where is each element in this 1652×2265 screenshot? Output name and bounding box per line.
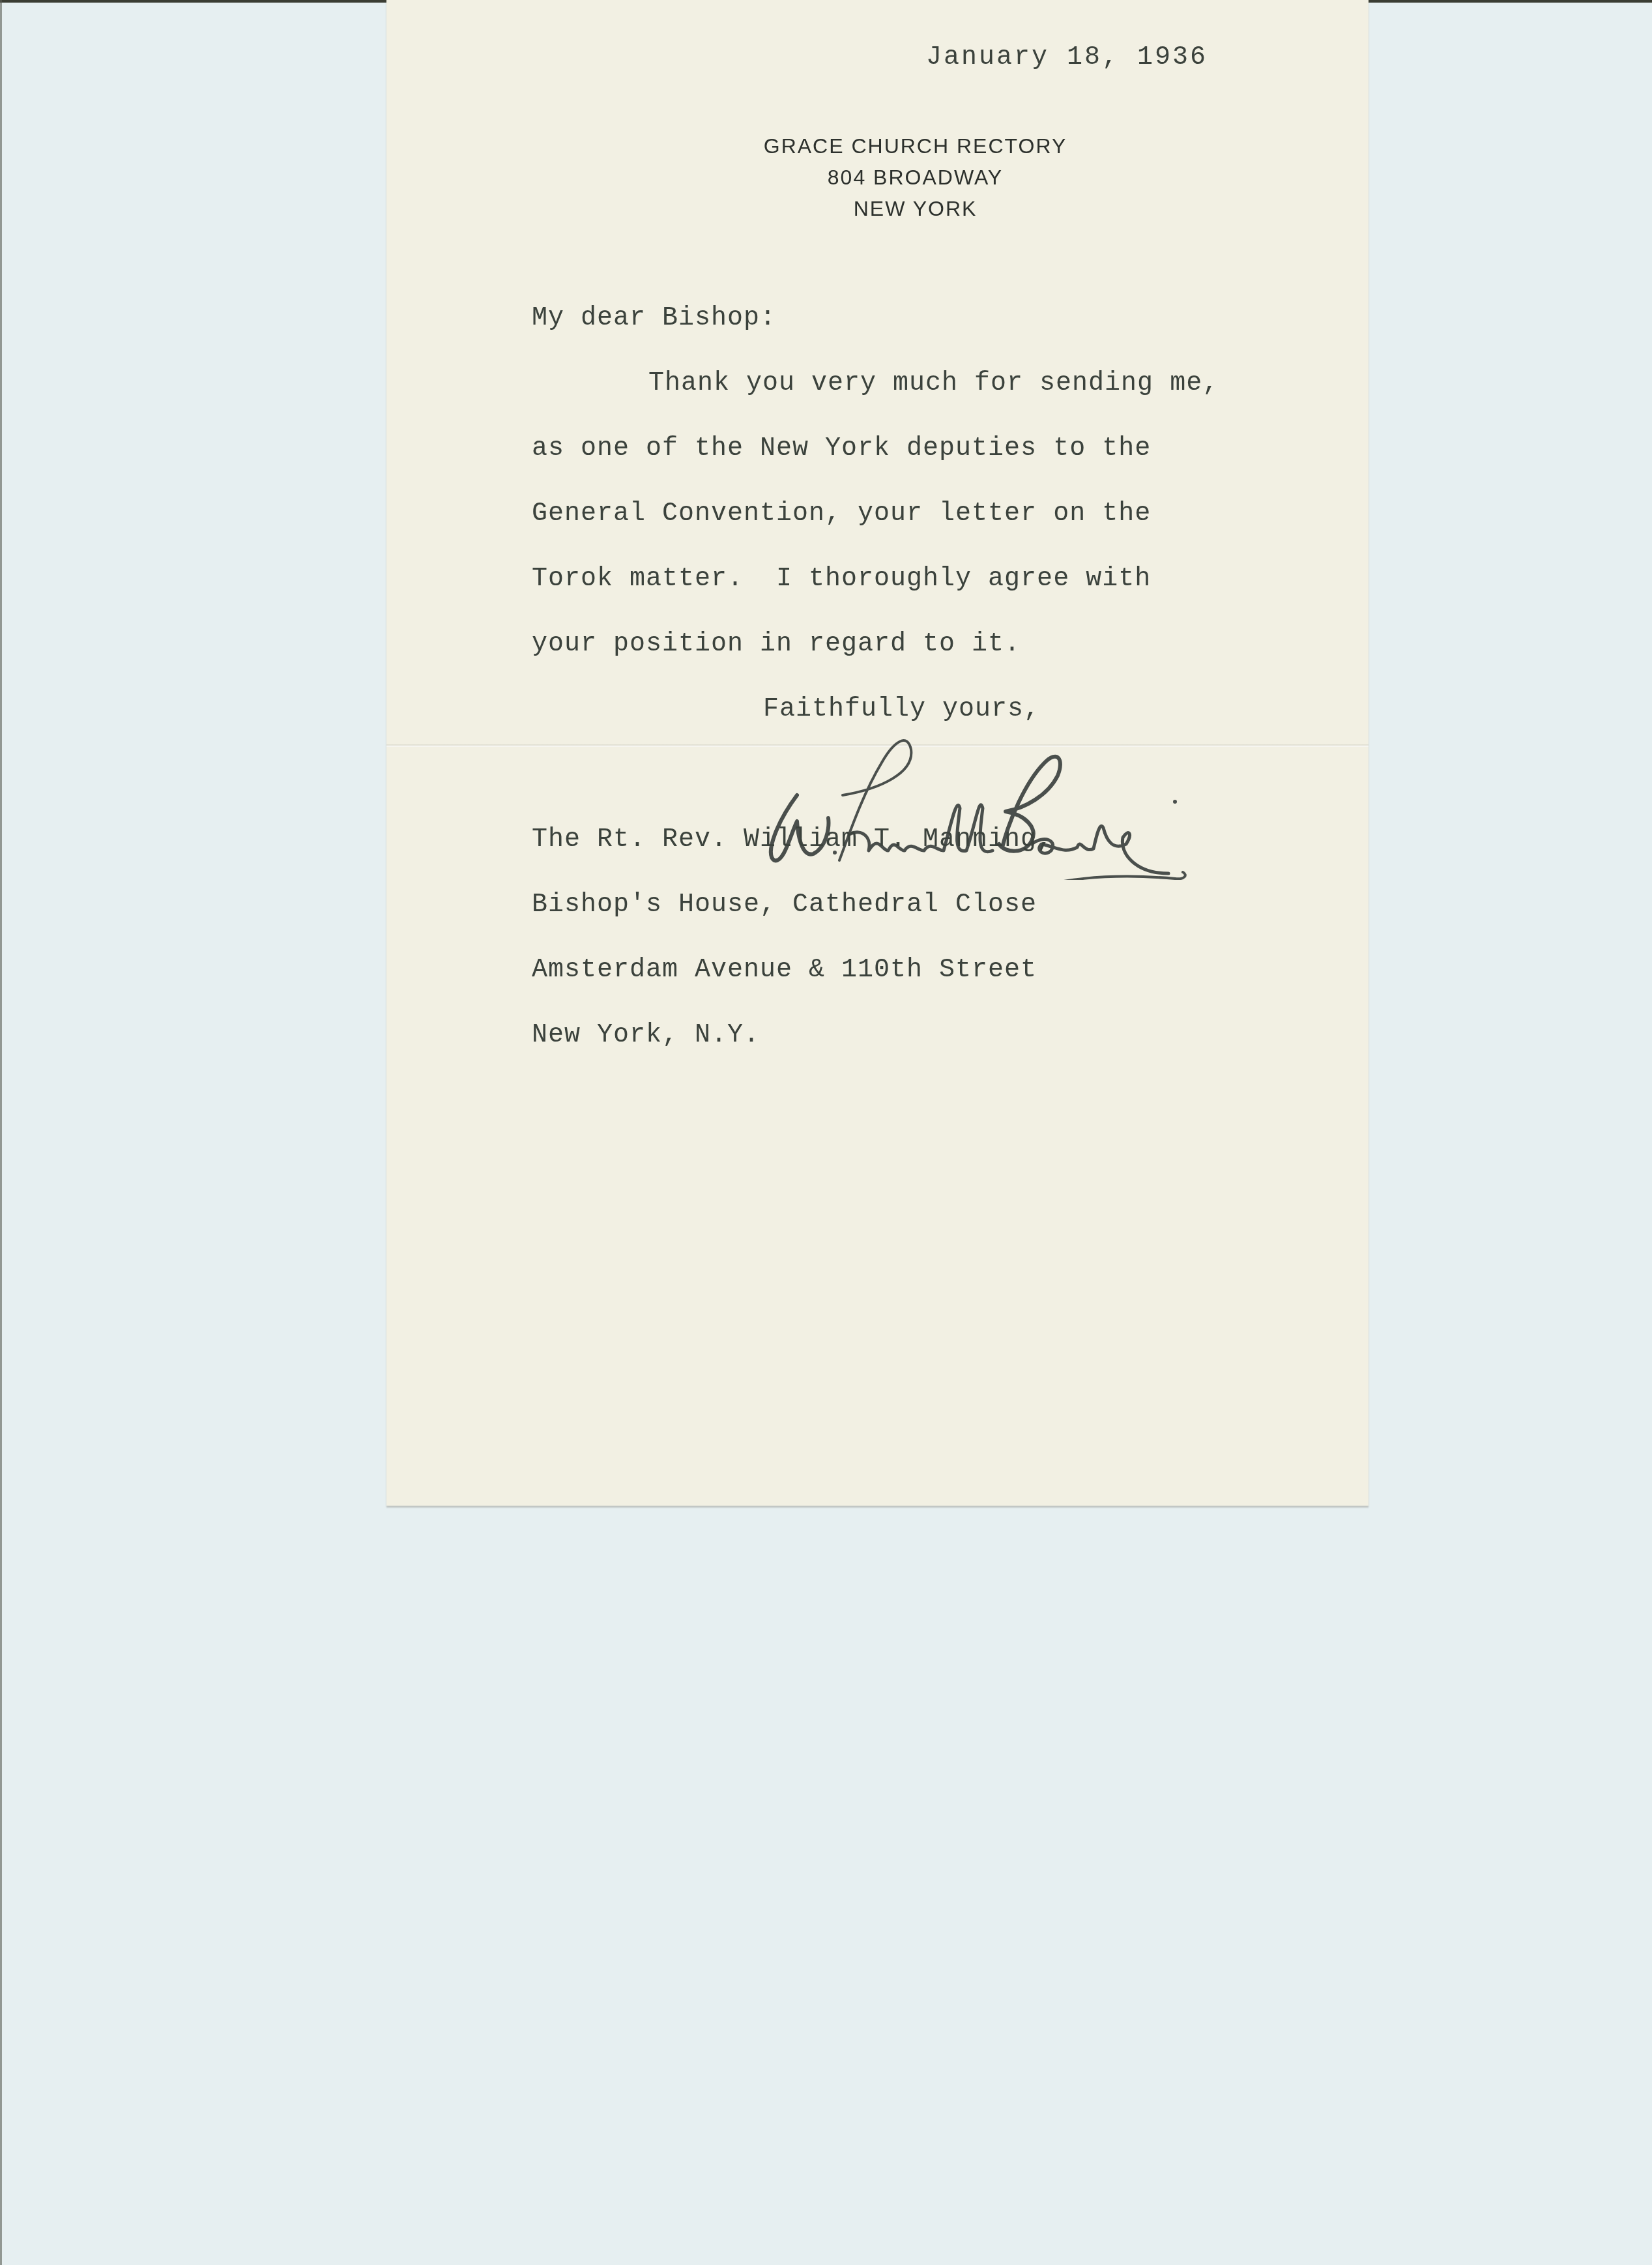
body-line: General Convention, your letter on the xyxy=(532,499,1151,529)
letter-page: January 18, 1936 GRACE CHURCH RECTORY 80… xyxy=(386,0,1369,1506)
body-line: as one of the New York deputies to the xyxy=(532,434,1151,463)
recipient-address-line: Amsterdam Avenue & 110th Street xyxy=(532,956,1037,985)
body-line: Thank you very much for sending me, xyxy=(648,369,1219,398)
recipient-name: The Rt. Rev. William T. Manning, xyxy=(532,825,1053,855)
signature-icon xyxy=(751,723,1338,880)
salutation: My dear Bishop: xyxy=(532,304,776,333)
handwritten-signature: W. Russell Bowie xyxy=(751,723,1338,880)
recipient-city: New York, N.Y. xyxy=(532,1021,760,1050)
letter-date: January 18, 1936 xyxy=(926,43,1208,72)
letterhead-street: 804 BROADWAY xyxy=(462,162,1369,193)
body-line: Torok matter. I thoroughly agree with xyxy=(532,564,1151,594)
body-line: your position in regard to it. xyxy=(532,630,1021,659)
letterhead-name: GRACE CHURCH RECTORY xyxy=(462,130,1369,162)
recipient-address-line: Bishop's House, Cathedral Close xyxy=(532,890,1037,920)
letterhead-city: NEW YORK xyxy=(462,193,1369,224)
closing: Faithfully yours, xyxy=(763,695,1040,724)
letterhead: GRACE CHURCH RECTORY 804 BROADWAY NEW YO… xyxy=(386,130,1369,224)
scanner-left-edge xyxy=(0,0,2,2265)
